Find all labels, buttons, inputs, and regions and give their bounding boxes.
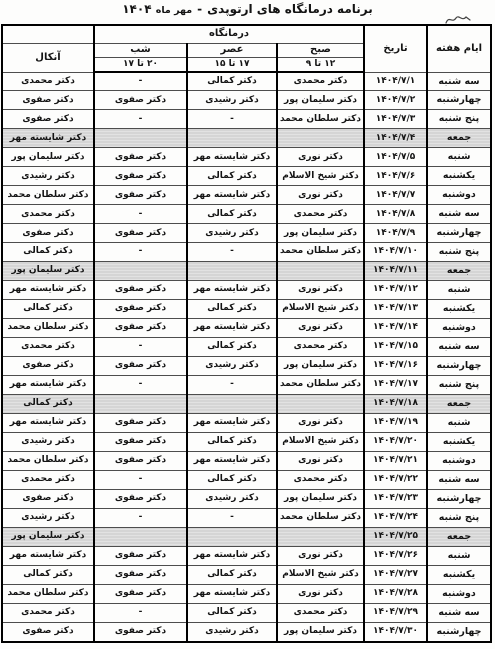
page-title: برنامه درمانگاه های ارتوپدی-مهر ماه ۱۴۰۴ <box>0 2 495 16</box>
oncall-doctor-cell: دکتر سلطان محمد <box>2 186 94 205</box>
evening-doctor-cell: دکتر شایسته مهر <box>187 148 277 167</box>
date-cell: ۱۴۰۴/۷/۲۲ <box>364 470 427 489</box>
date-cell: ۱۴۰۴/۷/۴ <box>364 129 427 148</box>
oncall-doctor-cell: دکتر صفوی <box>2 357 94 376</box>
morning-doctor-cell <box>277 394 364 413</box>
schedule-row: یکشنبه ۱۴۰۴/۷/۲۷ دکتر شیخ الاسلام دکتر ک… <box>2 565 491 584</box>
night-doctor-cell: دکتر صفوی <box>94 186 187 205</box>
day-cell: یکشنبه <box>427 565 491 584</box>
oncall-doctor-cell: دکتر صفوی <box>2 224 94 243</box>
evening-doctor-cell: دکتر کمالی <box>187 432 277 451</box>
night-doctor-cell: - <box>94 603 187 622</box>
night-doctor-cell: - <box>94 72 187 91</box>
day-cell: چهارشنبه <box>427 224 491 243</box>
oncall-doctor-cell: دکتر رشیدی <box>2 508 94 527</box>
schedule-row: دوشنبه ۱۴۰۴/۷/۲۱ دکتر نوری دکتر شایسته م… <box>2 451 491 470</box>
day-cell: دوشنبه <box>427 319 491 338</box>
schedule-row: یکشنبه ۱۴۰۴/۷/۱۳ دکتر شیخ الاسلام دکتر ک… <box>2 300 491 319</box>
schedule-row: سه شنبه ۱۴۰۴/۷/۲۹ دکتر محمدی دکتر کمالی … <box>2 603 491 622</box>
schedule-row: پنج شنبه ۱۴۰۴/۷/۱۰ دکتر سلطان محمد - - د… <box>2 243 491 262</box>
day-cell: جمعه <box>427 527 491 546</box>
night-doctor-cell <box>94 129 187 148</box>
oncall-doctor-cell: دکتر کمالی <box>2 394 94 413</box>
date-cell: ۱۴۰۴/۷/۳۰ <box>364 622 427 642</box>
morning-doctor-cell: دکتر نوری <box>277 281 364 300</box>
oncall-doctor-cell: دکتر رشیدی <box>2 432 94 451</box>
day-cell: چهارشنبه <box>427 489 491 508</box>
morning-doctor-cell <box>277 262 364 281</box>
date-cell: ۱۴۰۴/۷/۲۷ <box>364 565 427 584</box>
date-cell: ۱۴۰۴/۷/۲۴ <box>364 508 427 527</box>
night-doctor-cell: - <box>94 110 187 129</box>
date-cell: ۱۴۰۴/۷/۵ <box>364 148 427 167</box>
header-evening: عصر <box>187 44 277 58</box>
schedule-row: یکشنبه ۱۴۰۴/۷/۶ دکتر شیخ الاسلام دکتر کم… <box>2 167 491 186</box>
evening-doctor-cell: دکتر کمالی <box>187 603 277 622</box>
day-cell: یکشنبه <box>427 300 491 319</box>
schedule-body: سه شنبه ۱۴۰۴/۷/۱ دکتر محمدی دکتر کمالی -… <box>2 72 491 642</box>
date-cell: ۱۴۰۴/۷/۱ <box>364 72 427 91</box>
night-doctor-cell: دکتر صفوی <box>94 357 187 376</box>
night-doctor-cell: دکتر صفوی <box>94 148 187 167</box>
day-cell: دوشنبه <box>427 186 491 205</box>
night-doctor-cell: دکتر صفوی <box>94 546 187 565</box>
schedule-row: شنبه ۱۴۰۴/۷/۵ دکتر نوری دکتر شایسته مهر … <box>2 148 491 167</box>
header-oncall: آنکال <box>2 44 94 73</box>
table-header: ایام هفته تاریخ درمانگاه صبح عصر شب آنکا… <box>2 25 491 72</box>
date-cell: ۱۴۰۴/۷/۲۳ <box>364 489 427 508</box>
evening-doctor-cell: دکتر شایسته مهر <box>187 451 277 470</box>
morning-doctor-cell: دکتر سلطان محمد <box>277 110 364 129</box>
evening-doctor-cell: دکتر رشیدی <box>187 91 277 110</box>
oncall-doctor-cell: دکتر محمدی <box>2 72 94 91</box>
morning-doctor-cell: دکتر سلطان محمد <box>277 243 364 262</box>
evening-doctor-cell: دکتر رشیدی <box>187 224 277 243</box>
scanned-schedule-document: برنامه درمانگاه های ارتوپدی-مهر ماه ۱۴۰۴… <box>0 0 495 649</box>
morning-doctor-cell: دکتر شیخ الاسلام <box>277 432 364 451</box>
evening-doctor-cell: دکتر کمالی <box>187 167 277 186</box>
morning-doctor-cell: دکتر نوری <box>277 186 364 205</box>
day-cell: سه شنبه <box>427 72 491 91</box>
schedule-row: پنج شنبه ۱۴۰۴/۷/۳ دکتر سلطان محمد - - دک… <box>2 110 491 129</box>
morning-doctor-cell <box>277 527 364 546</box>
evening-doctor-cell: دکتر شایسته مهر <box>187 319 277 338</box>
header-day: ایام هفته <box>427 25 491 72</box>
evening-doctor-cell: دکتر رشیدی <box>187 357 277 376</box>
evening-doctor-cell: دکتر کمالی <box>187 72 277 91</box>
day-cell: دوشنبه <box>427 584 491 603</box>
day-cell: چهارشنبه <box>427 622 491 642</box>
night-doctor-cell: دکتر صفوی <box>94 167 187 186</box>
header-morning-time: ۱۲ تا ۹ <box>277 58 364 73</box>
date-cell: ۱۴۰۴/۷/۲۸ <box>364 584 427 603</box>
oncall-doctor-cell: دکتر سلطان محمد <box>2 584 94 603</box>
morning-doctor-cell: دکتر محمدی <box>277 603 364 622</box>
morning-doctor-cell: دکتر نوری <box>277 319 364 338</box>
night-doctor-cell: دکتر صفوی <box>94 300 187 319</box>
schedule-row: سه شنبه ۱۴۰۴/۷/۲۲ دکتر محمدی دکتر کمالی … <box>2 470 491 489</box>
day-cell: پنج شنبه <box>427 243 491 262</box>
night-doctor-cell: دکتر صفوی <box>94 224 187 243</box>
morning-doctor-cell <box>277 129 364 148</box>
morning-doctor-cell: دکتر نوری <box>277 546 364 565</box>
schedule-row: سه شنبه ۱۴۰۴/۷/۸ دکتر محمدی دکتر کمالی -… <box>2 205 491 224</box>
day-cell: پنج شنبه <box>427 508 491 527</box>
oncall-doctor-cell: دکتر سلیمان پور <box>2 262 94 281</box>
evening-doctor-cell <box>187 527 277 546</box>
night-doctor-cell: دکتر صفوی <box>94 489 187 508</box>
morning-doctor-cell: دکتر سلیمان پور <box>277 224 364 243</box>
oncall-doctor-cell: دکتر شایسته مهر <box>2 129 94 148</box>
schedule-row: شنبه ۱۴۰۴/۷/۲۶ دکتر نوری دکتر شایسته مهر… <box>2 546 491 565</box>
oncall-doctor-cell: دکتر کمالی <box>2 243 94 262</box>
morning-doctor-cell: دکتر شیخ الاسلام <box>277 565 364 584</box>
night-doctor-cell: - <box>94 470 187 489</box>
date-cell: ۱۴۰۴/۷/۱۸ <box>364 394 427 413</box>
schedule-row: چهارشنبه ۱۴۰۴/۷/۱۶ دکتر سلیمان پور دکتر … <box>2 357 491 376</box>
day-cell: سه شنبه <box>427 338 491 357</box>
date-cell: ۱۴۰۴/۷/۷ <box>364 186 427 205</box>
schedule-row: چهارشنبه ۱۴۰۴/۷/۲۳ دکتر سلیمان پور دکتر … <box>2 489 491 508</box>
night-doctor-cell: - <box>94 338 187 357</box>
morning-doctor-cell: دکتر سلیمان پور <box>277 357 364 376</box>
morning-doctor-cell: دکتر نوری <box>277 148 364 167</box>
night-doctor-cell <box>94 262 187 281</box>
night-doctor-cell: دکتر صفوی <box>94 281 187 300</box>
header-night: شب <box>94 44 187 58</box>
schedule-row: دوشنبه ۱۴۰۴/۷/۷ دکتر نوری دکتر شایسته مه… <box>2 186 491 205</box>
evening-doctor-cell: دکتر کمالی <box>187 205 277 224</box>
header-date: تاریخ <box>364 25 427 72</box>
morning-doctor-cell: دکتر شیخ الاسلام <box>277 300 364 319</box>
day-cell: جمعه <box>427 129 491 148</box>
night-doctor-cell: - <box>94 243 187 262</box>
evening-doctor-cell: - <box>187 110 277 129</box>
day-cell: جمعه <box>427 394 491 413</box>
day-cell: سه شنبه <box>427 205 491 224</box>
morning-doctor-cell: دکتر محمدی <box>277 72 364 91</box>
day-cell: شنبه <box>427 413 491 432</box>
schedule-row: چهارشنبه ۱۴۰۴/۷/۹ دکتر سلیمان پور دکتر ر… <box>2 224 491 243</box>
date-cell: ۱۴۰۴/۷/۱۹ <box>364 413 427 432</box>
evening-doctor-cell: - <box>187 243 277 262</box>
oncall-doctor-cell: دکتر سلیمان پور <box>2 148 94 167</box>
title-month: مهر ماه <box>156 5 192 16</box>
evening-doctor-cell <box>187 394 277 413</box>
oncall-doctor-cell: دکتر صفوی <box>2 622 94 642</box>
oncall-doctor-cell: دکتر سلطان محمد <box>2 319 94 338</box>
date-cell: ۱۴۰۴/۷/۸ <box>364 205 427 224</box>
night-doctor-cell: - <box>94 376 187 395</box>
date-cell: ۱۴۰۴/۷/۲ <box>364 91 427 110</box>
oncall-doctor-cell: دکتر کمالی <box>2 565 94 584</box>
schedule-row: چهارشنبه ۱۴۰۴/۷/۳۰ دکتر سلیمان پور دکتر … <box>2 622 491 642</box>
evening-doctor-cell: دکتر شایسته مهر <box>187 281 277 300</box>
evening-doctor-cell: دکتر شایسته مهر <box>187 413 277 432</box>
oncall-doctor-cell: دکتر کمالی <box>2 300 94 319</box>
schedule-row: دوشنبه ۱۴۰۴/۷/۲۸ دکتر نوری دکتر شایسته م… <box>2 584 491 603</box>
oncall-doctor-cell: دکتر شایسته مهر <box>2 281 94 300</box>
schedule-row: جمعه ۱۴۰۴/۷/۲۵ دکتر سلیمان پور <box>2 527 491 546</box>
morning-doctor-cell: دکتر سلیمان پور <box>277 91 364 110</box>
day-cell: سه شنبه <box>427 603 491 622</box>
oncall-doctor-cell: دکتر شایسته مهر <box>2 376 94 395</box>
header-evening-time: ۱۷ تا ۱۵ <box>187 58 277 73</box>
header-night-time: ۲۰ تا ۱۷ <box>94 58 187 73</box>
night-doctor-cell: دکتر صفوی <box>94 451 187 470</box>
date-cell: ۱۴۰۴/۷/۲۰ <box>364 432 427 451</box>
evening-doctor-cell: - <box>187 376 277 395</box>
day-cell: چهارشنبه <box>427 357 491 376</box>
night-doctor-cell <box>94 394 187 413</box>
oncall-doctor-cell: دکتر رشیدی <box>2 167 94 186</box>
oncall-doctor-cell: دکتر محمدی <box>2 603 94 622</box>
date-cell: ۱۴۰۴/۷/۹ <box>364 224 427 243</box>
schedule-row: سه شنبه ۱۴۰۴/۷/۱ دکتر محمدی دکتر کمالی -… <box>2 72 491 91</box>
date-cell: ۱۴۰۴/۷/۱۴ <box>364 319 427 338</box>
morning-doctor-cell: دکتر نوری <box>277 413 364 432</box>
evening-doctor-cell: دکتر کمالی <box>187 565 277 584</box>
date-cell: ۱۴۰۴/۷/۲۱ <box>364 451 427 470</box>
night-doctor-cell: دکتر صفوی <box>94 565 187 584</box>
title-dash: - <box>197 2 202 16</box>
evening-doctor-cell: دکتر کمالی <box>187 300 277 319</box>
morning-doctor-cell: دکتر سلطان محمد <box>277 508 364 527</box>
day-cell: یکشنبه <box>427 432 491 451</box>
day-cell: چهارشنبه <box>427 91 491 110</box>
title-year: ۱۴۰۴ <box>122 2 151 16</box>
schedule-row: جمعه ۱۴۰۴/۷/۴ دکتر شایسته مهر <box>2 129 491 148</box>
night-doctor-cell: دکتر صفوی <box>94 584 187 603</box>
day-cell: یکشنبه <box>427 167 491 186</box>
schedule-row: سه شنبه ۱۴۰۴/۷/۱۵ دکتر محمدی دکتر کمالی … <box>2 338 491 357</box>
date-cell: ۱۴۰۴/۷/۲۶ <box>364 546 427 565</box>
schedule-row: پنج شنبه ۱۴۰۴/۷/۲۴ دکتر سلطان محمد - - د… <box>2 508 491 527</box>
night-doctor-cell: - <box>94 205 187 224</box>
evening-doctor-cell: دکتر کمالی <box>187 470 277 489</box>
night-doctor-cell: - <box>94 508 187 527</box>
date-cell: ۱۴۰۴/۷/۱۲ <box>364 281 427 300</box>
morning-doctor-cell: دکتر سلیمان پور <box>277 489 364 508</box>
day-cell: جمعه <box>427 262 491 281</box>
morning-doctor-cell: دکتر نوری <box>277 584 364 603</box>
evening-doctor-cell: دکتر رشیدی <box>187 622 277 642</box>
date-cell: ۱۴۰۴/۷/۱۱ <box>364 262 427 281</box>
header-clinic-group: درمانگاه <box>94 25 364 44</box>
night-doctor-cell: دکتر صفوی <box>94 622 187 642</box>
night-doctor-cell: دکتر صفوی <box>94 432 187 451</box>
date-cell: ۱۴۰۴/۷/۱۳ <box>364 300 427 319</box>
evening-doctor-cell: - <box>187 508 277 527</box>
day-cell: پنج شنبه <box>427 376 491 395</box>
day-cell: سه شنبه <box>427 470 491 489</box>
oncall-doctor-cell: دکتر محمدی <box>2 338 94 357</box>
date-cell: ۱۴۰۴/۷/۱۰ <box>364 243 427 262</box>
morning-doctor-cell: دکتر محمدی <box>277 470 364 489</box>
schedule-row: جمعه ۱۴۰۴/۷/۱۱ دکتر سلیمان پور <box>2 262 491 281</box>
oncall-doctor-cell: دکتر سلطان محمد <box>2 451 94 470</box>
date-cell: ۱۴۰۴/۷/۱۵ <box>364 338 427 357</box>
oncall-doctor-cell: دکتر محمدی <box>2 205 94 224</box>
date-cell: ۱۴۰۴/۷/۲۵ <box>364 527 427 546</box>
clinic-schedule-table: ایام هفته تاریخ درمانگاه صبح عصر شب آنکا… <box>1 24 492 643</box>
schedule-row: شنبه ۱۴۰۴/۷/۱۲ دکتر نوری دکتر شایسته مهر… <box>2 281 491 300</box>
day-cell: پنج شنبه <box>427 110 491 129</box>
oncall-doctor-cell: دکتر صفوی <box>2 110 94 129</box>
night-doctor-cell: دکتر صفوی <box>94 413 187 432</box>
date-cell: ۱۴۰۴/۷/۱۶ <box>364 357 427 376</box>
morning-doctor-cell: دکتر محمدی <box>277 338 364 357</box>
day-cell: دوشنبه <box>427 451 491 470</box>
schedule-row: دوشنبه ۱۴۰۴/۷/۱۴ دکتر نوری دکتر شایسته م… <box>2 319 491 338</box>
oncall-doctor-cell: دکتر محمدی <box>2 470 94 489</box>
night-doctor-cell <box>94 527 187 546</box>
schedule-row: جمعه ۱۴۰۴/۷/۱۸ دکتر کمالی <box>2 394 491 413</box>
morning-doctor-cell: دکتر سلطان محمد <box>277 376 364 395</box>
evening-doctor-cell <box>187 262 277 281</box>
evening-doctor-cell: دکتر کمالی <box>187 338 277 357</box>
night-doctor-cell: دکتر صفوی <box>94 91 187 110</box>
day-cell: شنبه <box>427 281 491 300</box>
schedule-row: یکشنبه ۱۴۰۴/۷/۲۰ دکتر شیخ الاسلام دکتر ک… <box>2 432 491 451</box>
title-main: برنامه درمانگاه های ارتوپدی <box>207 2 373 16</box>
schedule-row: چهارشنبه ۱۴۰۴/۷/۲ دکتر سلیمان پور دکتر ر… <box>2 91 491 110</box>
evening-doctor-cell: دکتر شایسته مهر <box>187 584 277 603</box>
day-cell: شنبه <box>427 148 491 167</box>
evening-doctor-cell: دکتر شایسته مهر <box>187 546 277 565</box>
morning-doctor-cell: دکتر محمدی <box>277 205 364 224</box>
date-cell: ۱۴۰۴/۷/۱۷ <box>364 376 427 395</box>
date-cell: ۱۴۰۴/۷/۶ <box>364 167 427 186</box>
evening-doctor-cell: دکتر رشیدی <box>187 489 277 508</box>
day-cell: شنبه <box>427 546 491 565</box>
oncall-doctor-cell: دکتر صفوی <box>2 489 94 508</box>
oncall-doctor-cell: دکتر شایسته مهر <box>2 413 94 432</box>
date-cell: ۱۴۰۴/۷/۲۹ <box>364 603 427 622</box>
header-morning: صبح <box>277 44 364 58</box>
evening-doctor-cell: دکتر شایسته مهر <box>187 186 277 205</box>
morning-doctor-cell: دکتر سلیمان پور <box>277 622 364 642</box>
oncall-doctor-cell: دکتر سلیمان پور <box>2 527 94 546</box>
night-doctor-cell: دکتر صفوی <box>94 319 187 338</box>
header-oncall-spacer <box>2 25 94 44</box>
oncall-doctor-cell: دکتر شایسته مهر <box>2 546 94 565</box>
date-cell: ۱۴۰۴/۷/۳ <box>364 110 427 129</box>
oncall-doctor-cell: دکتر صفوی <box>2 91 94 110</box>
schedule-row: پنج شنبه ۱۴۰۴/۷/۱۷ دکتر سلطان محمد - - د… <box>2 376 491 395</box>
schedule-row: شنبه ۱۴۰۴/۷/۱۹ دکتر نوری دکتر شایسته مهر… <box>2 413 491 432</box>
evening-doctor-cell <box>187 129 277 148</box>
morning-doctor-cell: دکتر شیخ الاسلام <box>277 167 364 186</box>
morning-doctor-cell: دکتر نوری <box>277 451 364 470</box>
